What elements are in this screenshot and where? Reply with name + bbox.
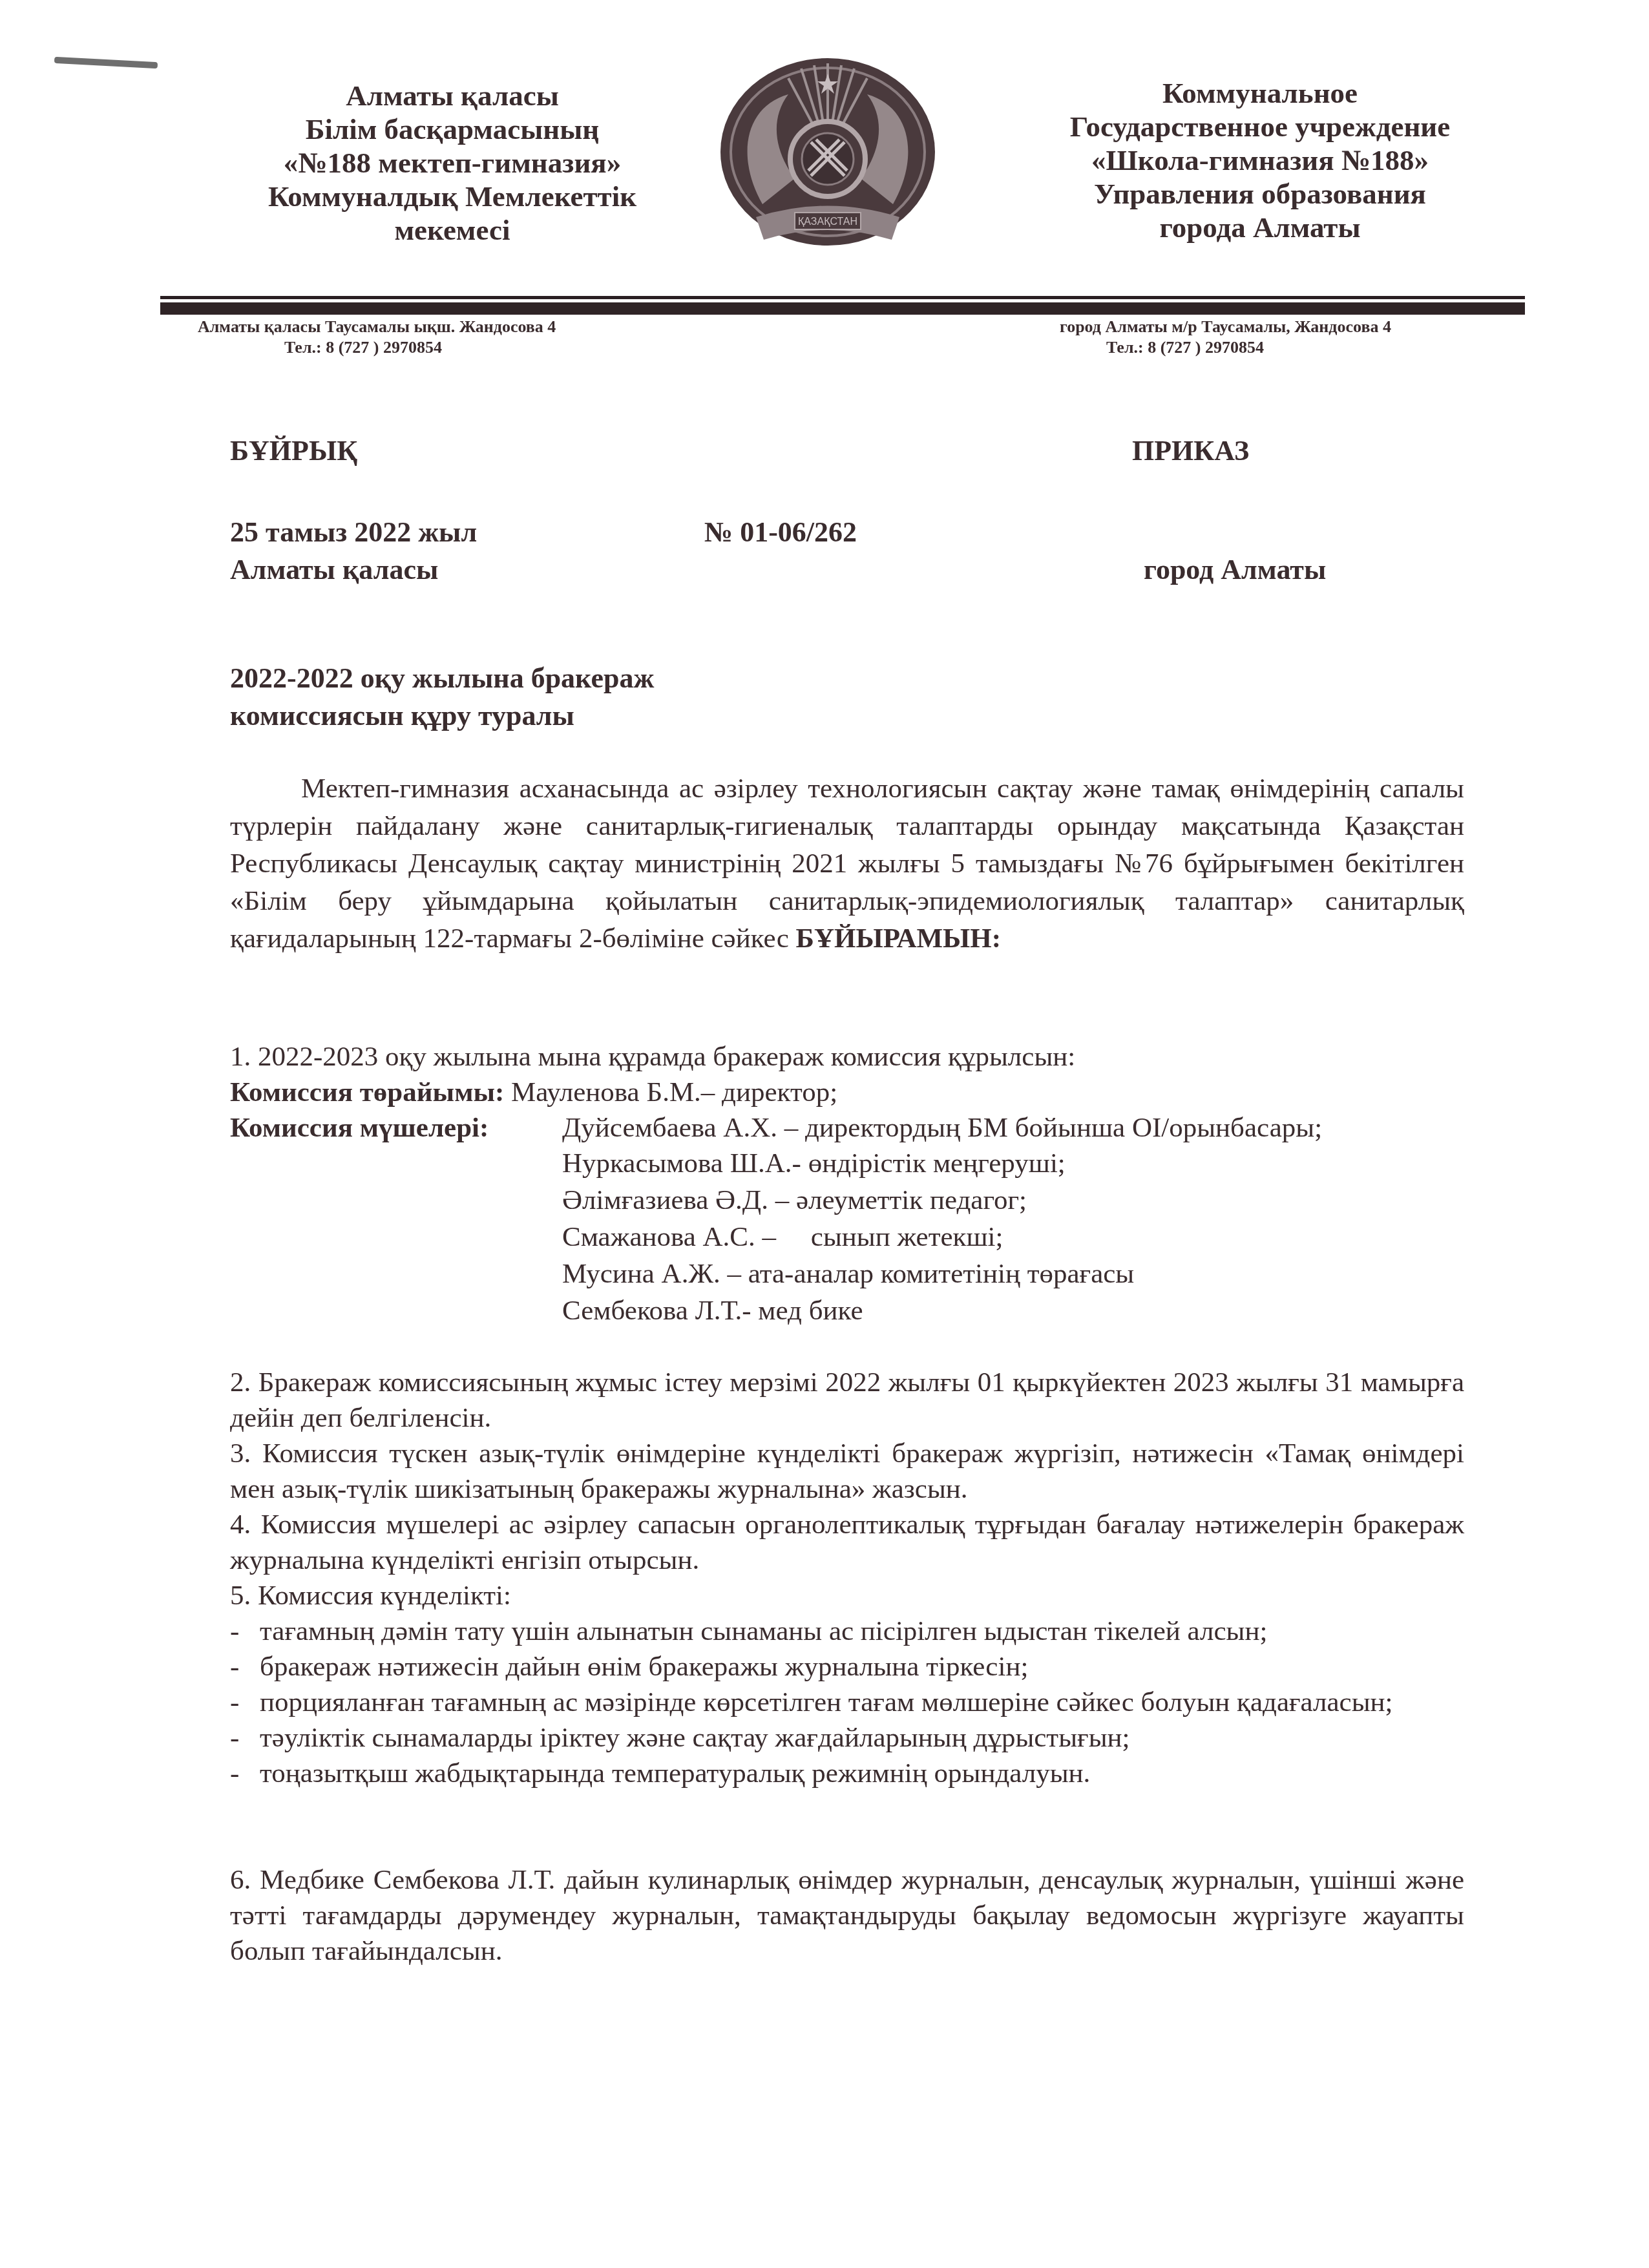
bullet-marker: -: [230, 1720, 260, 1756]
chair-value: Мауленова Б.М.– директор;: [511, 1077, 837, 1108]
header-ru-line: города Алматы: [982, 211, 1538, 244]
bullet-text: тәуліктік сынамаларды іріктеу және сақта…: [260, 1723, 1130, 1753]
item-5-bullets: -тағамның дәмін тату үшін алынатын сынам…: [230, 1613, 1464, 1791]
bullet-item: -тағамның дәмін тату үшін алынатын сынам…: [230, 1613, 1464, 1649]
bullet-text: тағамның дәмін тату үшін алынатын сынама…: [260, 1616, 1267, 1646]
chair-row: Комиссия төрайымы: Мауленова Б.М.– дирек…: [230, 1075, 837, 1110]
header-ru: Коммунальное Государственное учреждение …: [982, 76, 1538, 244]
address-kz: Алматы қаласы Таусамалы ықш. Жандосова 4: [198, 317, 556, 337]
bullet-item: -тоңазытқыш жабдықтарында температуралық…: [230, 1756, 1464, 1791]
bullet-text: бракераж нәтижесін дайын өнім бракеражы …: [260, 1652, 1028, 1682]
members-label: Комиссия мүшелері:: [230, 1110, 488, 1146]
order-title-ru: ПРИКАЗ: [1132, 434, 1249, 467]
phone-ru: Тел.: 8 (727 ) 2970854: [1106, 337, 1264, 358]
bullet-text: тоңазытқыш жабдықтарында температуралық …: [260, 1758, 1090, 1789]
member-item: Мусина А.Ж. – ата-аналар комитетінің төр…: [562, 1256, 1134, 1292]
preamble: Мектеп-гимназия асханасында ас әзірлеу т…: [230, 770, 1464, 958]
item-3: 3. Комиссия түскен азық-түлік өнімдеріне…: [230, 1436, 1464, 1507]
bullet-marker: -: [230, 1649, 260, 1685]
item-1: 1. 2022-2023 оқу жылына мына құрамда бра…: [230, 1039, 1075, 1075]
bullet-item: -порцияланған тағамның ас мәзірінде көрс…: [230, 1685, 1464, 1720]
order-date: 25 тамыз 2022 жыл: [230, 516, 477, 549]
member-item: Смажанова А.С. – сынып жетекші;: [562, 1219, 1134, 1255]
order-city-ru: город Алматы: [1144, 553, 1326, 586]
member-item: Нуркасымова Ш.А.- өндірістік меңгеруші;: [562, 1146, 1134, 1181]
emblem-text: ҚАЗАҚСТАН: [798, 216, 857, 227]
member-item: Дуйсембаева А.Х. – директордың БМ бойынш…: [562, 1110, 1322, 1146]
header-kz-line: мекемесі: [207, 213, 698, 247]
state-emblem-icon: ҚАЗАҚСТАН: [717, 56, 938, 248]
order-city-kz: Алматы қаласы: [230, 553, 438, 586]
header-divider-thick: [160, 302, 1525, 315]
bullet-marker: -: [230, 1613, 260, 1649]
bullet-marker: -: [230, 1685, 260, 1720]
preamble-command: БҰЙЫРАМЫН:: [796, 923, 1002, 954]
header-divider-thin: [160, 296, 1525, 299]
header-kz: Алматы қаласы Білім басқармасының «№188 …: [207, 79, 698, 247]
bullet-marker: -: [230, 1756, 260, 1791]
scan-artifact: [54, 57, 158, 68]
item-5: 5. Комиссия күнделікті:: [230, 1578, 511, 1613]
subject-line-1: 2022-2022 оқу жылына бракераж: [230, 662, 654, 695]
bullet-item: -тәуліктік сынамаларды іріктеу және сақт…: [230, 1720, 1464, 1756]
subject-line-2: комиссиясын құру туралы: [230, 699, 574, 732]
address-ru: город Алматы м/р Таусамалы, Жандосова 4: [1060, 317, 1391, 337]
chair-label: Комиссия төрайымы:: [230, 1077, 504, 1108]
header-kz-line: Білім басқармасының: [207, 112, 698, 146]
members-label-text: Комиссия мүшелері:: [230, 1113, 488, 1143]
header-kz-line: Алматы қаласы: [207, 79, 698, 112]
header-ru-line: Управления образования: [982, 177, 1538, 211]
header-ru-line: Коммунальное: [982, 76, 1538, 110]
header-kz-line: Коммуналдық Мемлекеттік: [207, 180, 698, 213]
bullet-text: порцияланған тағамның ас мәзірінде көрсе…: [260, 1687, 1393, 1717]
bullet-item: -бракераж нәтижесін дайын өнім бракеражы…: [230, 1649, 1464, 1685]
item-6: 6. Медбике Сембекова Л.Т. дайын кулинарл…: [230, 1862, 1464, 1969]
members-list-rest: Нуркасымова Ш.А.- өндірістік меңгеруші; …: [562, 1146, 1134, 1328]
order-number: № 01-06/262: [704, 516, 857, 549]
member-item: Әлімғазиева Ә.Д. – әлеуметтік педагог;: [562, 1182, 1134, 1218]
header-ru-line: «Школа-гимназия №188»: [982, 143, 1538, 177]
item-4: 4. Комиссия мүшелері ас әзірлеу сапасын …: [230, 1507, 1464, 1578]
header-ru-line: Государственное учреждение: [982, 110, 1538, 143]
item-2: 2. Бракераж комиссиясының жұмыс істеу ме…: [230, 1365, 1464, 1436]
header-kz-line: «№188 мектеп-гимназия»: [207, 146, 698, 180]
phone-kz: Тел.: 8 (727 ) 2970854: [284, 337, 442, 358]
member-item: Сембекова Л.Т.- мед бике: [562, 1293, 1134, 1328]
members-list: Дуйсембаева А.Х. – директордың БМ бойынш…: [562, 1110, 1322, 1146]
order-title-kz: БҰЙРЫҚ: [230, 434, 357, 467]
